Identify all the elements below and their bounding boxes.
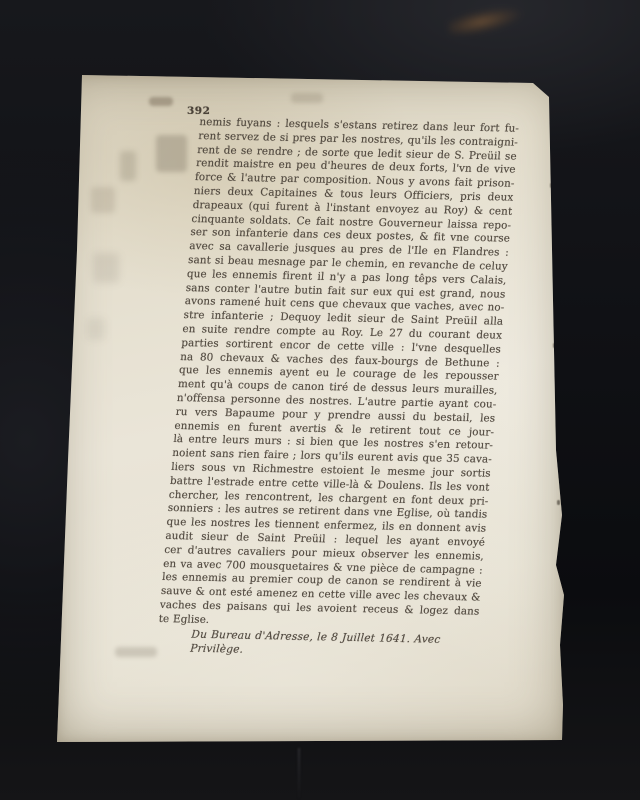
show-through-letter — [156, 135, 187, 172]
show-through-letter — [120, 151, 136, 181]
body-text: nemis fuyans : lesquels s'estans retirez… — [156, 116, 520, 663]
show-through-letter — [91, 187, 115, 213]
show-through-letter — [87, 318, 105, 340]
paper-edge-speck — [553, 343, 556, 348]
verso-folio-show-through — [149, 97, 173, 106]
verso-header-show-through — [291, 93, 323, 103]
paper-edge-speck — [550, 183, 553, 188]
background-smudge — [447, 3, 524, 40]
photo-background: 392 nemis fuyans : lesquels s'estans ret… — [0, 0, 640, 800]
show-through-mark — [115, 647, 157, 657]
document-page: 392 nemis fuyans : lesquels s'estans ret… — [57, 75, 564, 742]
dateline: Du Bureau d'Adresse, le 8 Juillet 1641. … — [156, 628, 478, 662]
show-through-letter — [93, 253, 119, 283]
paper-edge-speck — [557, 500, 560, 505]
paragraph: nemis fuyans : lesquels s'estans retirez… — [158, 116, 519, 633]
background-cloth-crease — [298, 748, 300, 800]
